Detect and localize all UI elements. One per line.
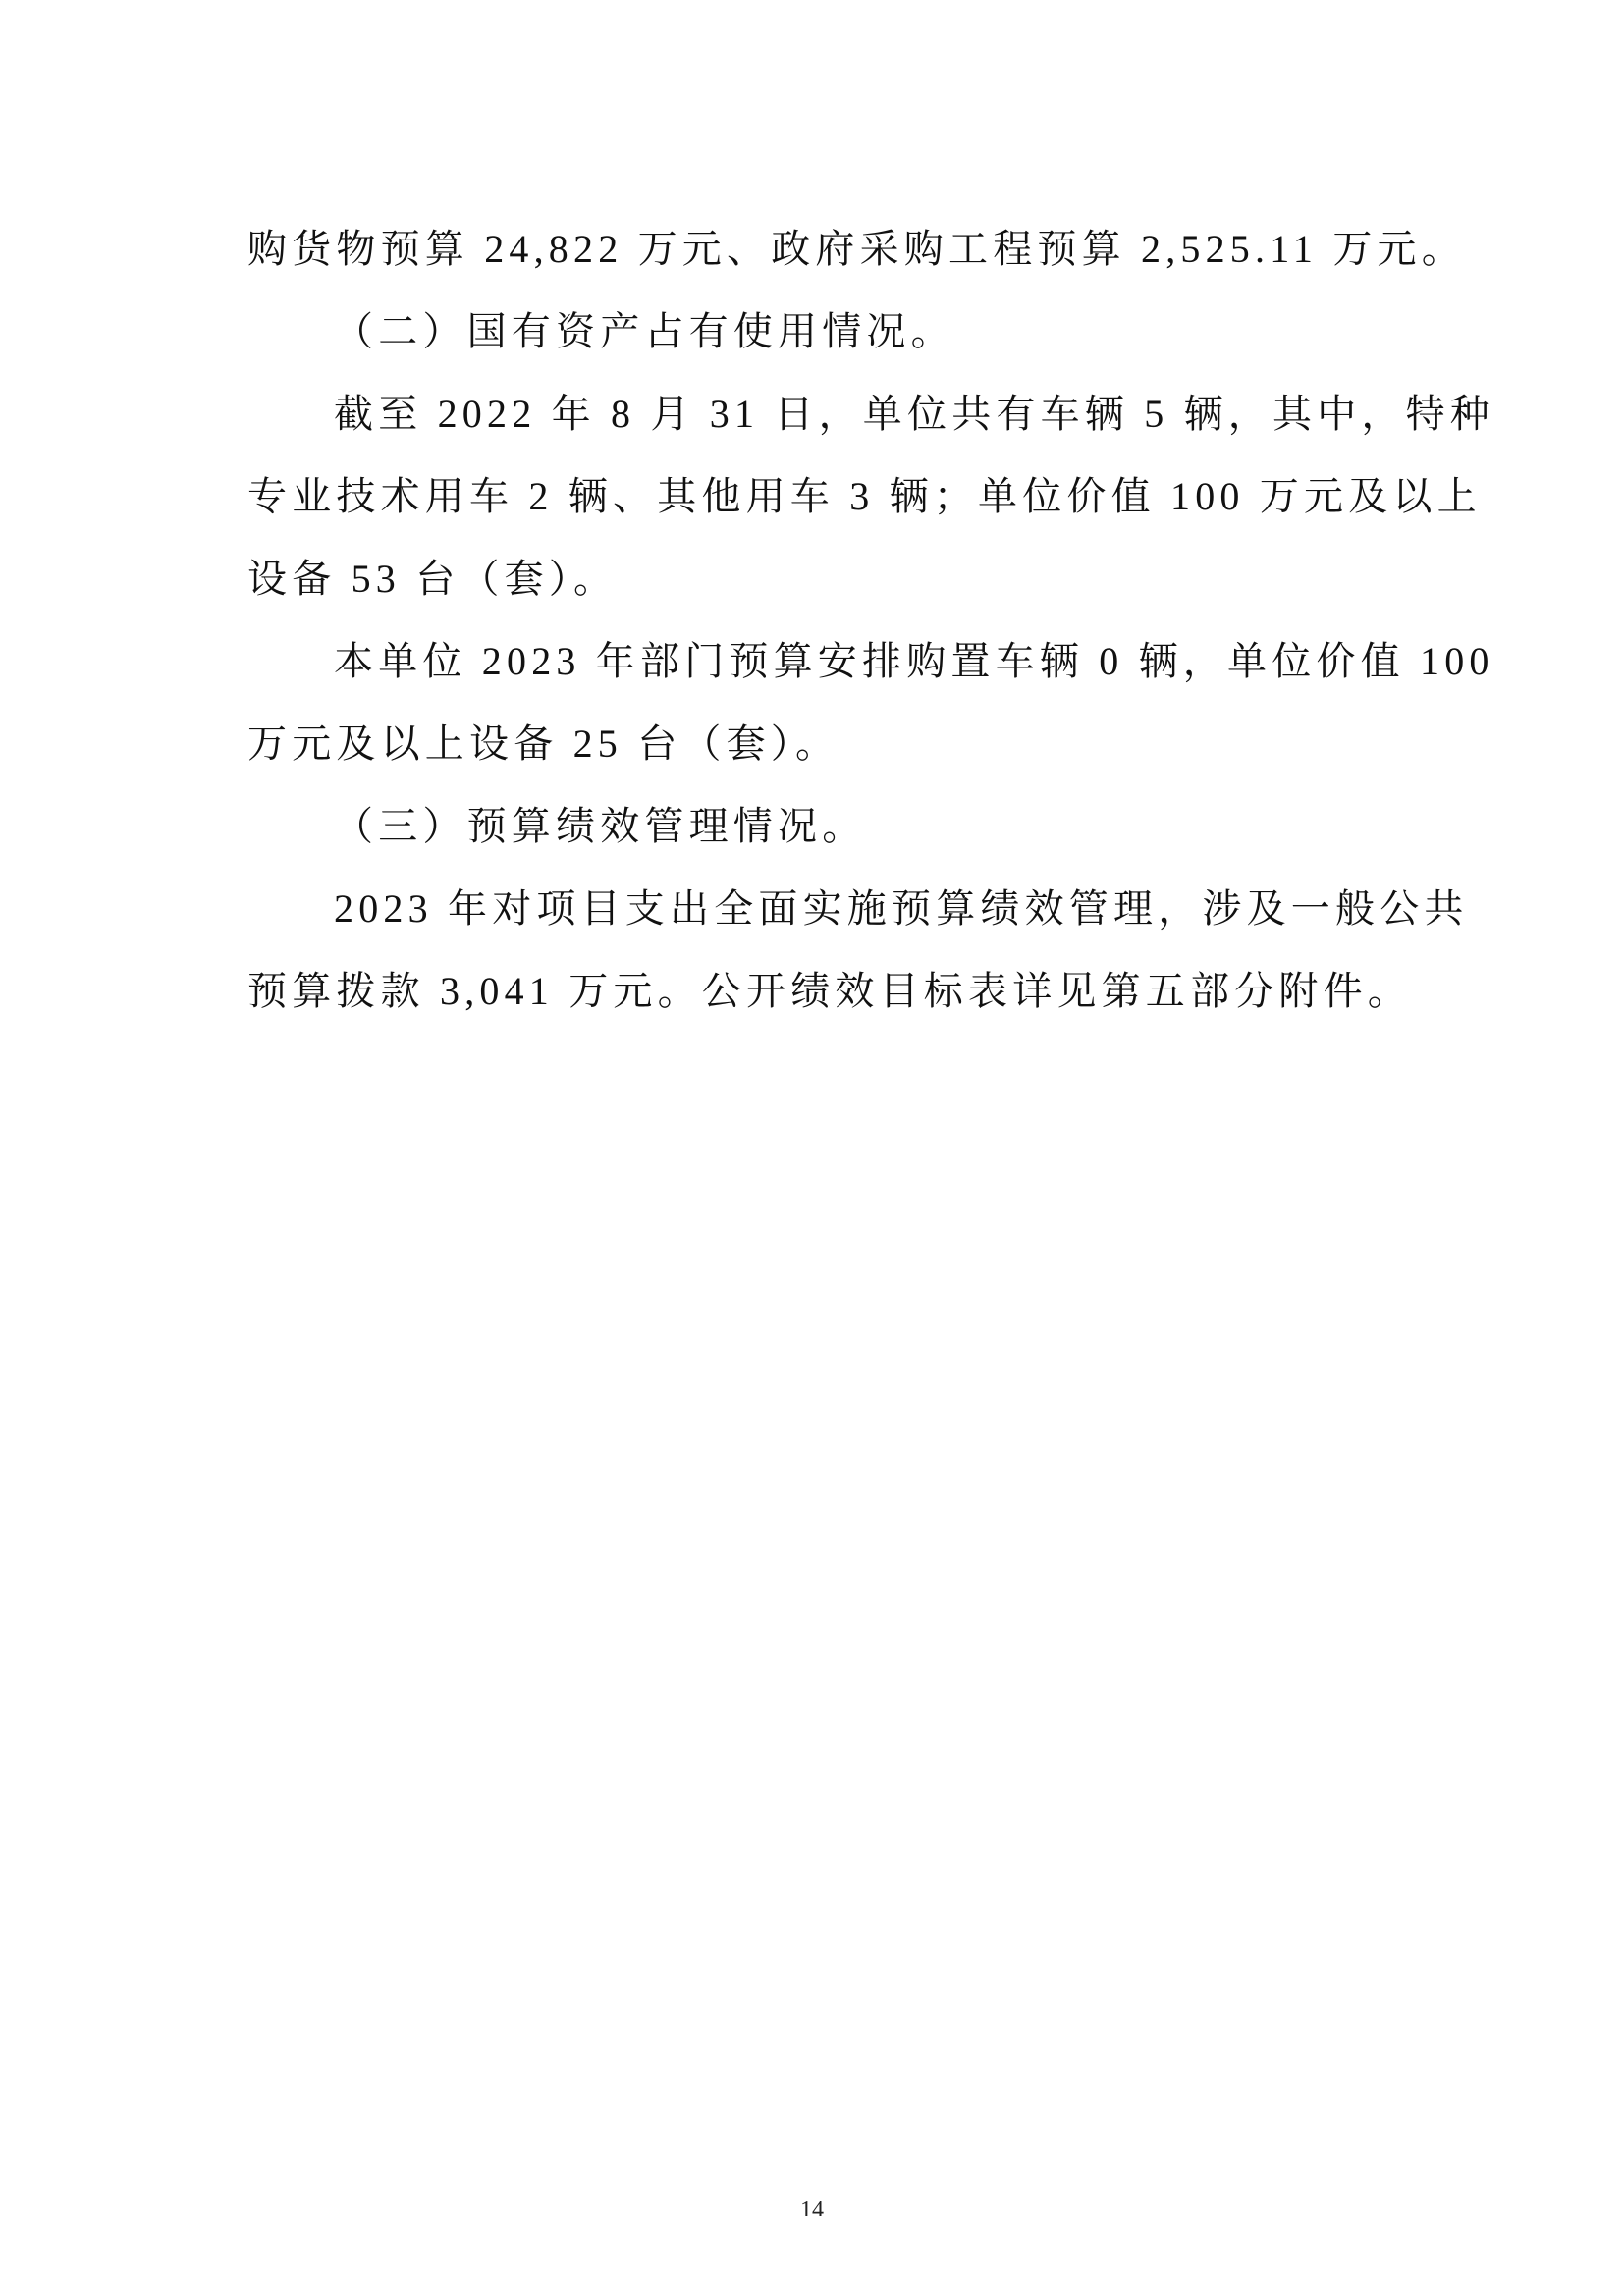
paragraph-assets-budget-line-2: 万元及以上设备 25 台（套）。 [247,703,1430,785]
paragraph-assets-budget-line-1: 本单位 2023 年部门预算安排购置车辆 0 辆，单位价值 100 [247,620,1430,703]
paragraph-procurement-line-1: 购货物预算 24,822 万元、政府采购工程预算 2,525.11 万元。 [247,208,1430,291]
paragraph-performance-line-2: 预算拨款 3,041 万元。公开绩效目标表详见第五部分附件。 [247,950,1430,1033]
paragraph-assets-line-2: 专业技术用车 2 辆、其他用车 3 辆；单位价值 100 万元及以上 [247,455,1430,538]
document-page: 购货物预算 24,822 万元、政府采购工程预算 2,525.11 万元。 （二… [247,208,1430,1033]
section-heading-performance: （三）预算绩效管理情况。 [247,785,1430,868]
paragraph-assets-line-3: 设备 53 台（套）。 [247,538,1430,620]
section-heading-state-assets: （二）国有资产占有使用情况。 [247,291,1430,373]
paragraph-performance-line-1: 2023 年对项目支出全面实施预算绩效管理，涉及一般公共 [247,868,1430,950]
paragraph-assets-line-1: 截至 2022 年 8 月 31 日，单位共有车辆 5 辆，其中，特种 [247,373,1430,455]
page-number: 14 [0,2197,1624,2223]
